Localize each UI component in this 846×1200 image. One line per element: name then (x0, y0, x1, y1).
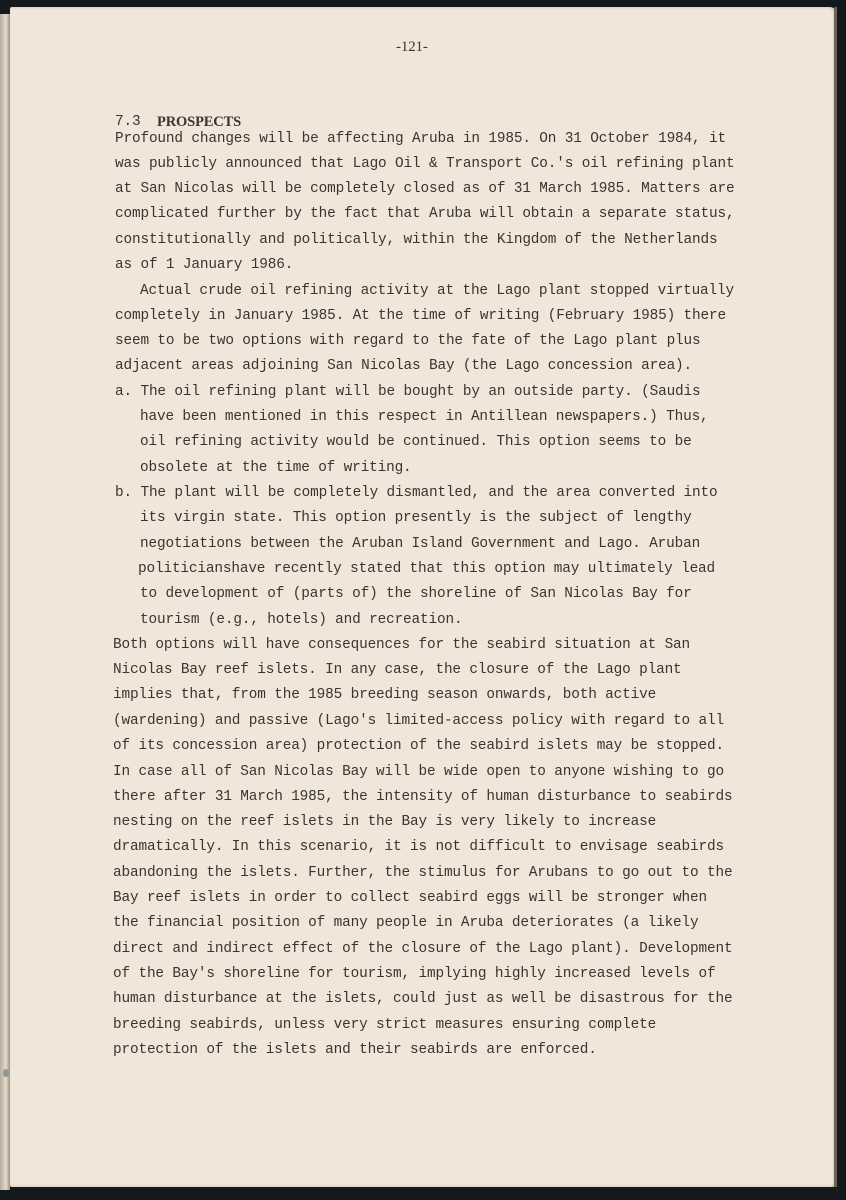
page-text: -121- 7.3 PROSPECTS Profound changes wil… (0, 0, 846, 1200)
text-line: its virgin state. This option presently … (140, 509, 692, 527)
text-line: adjacent areas adjoining San Nicolas Bay… (115, 357, 692, 375)
page-number: -121- (396, 38, 428, 56)
text-line: Bay reef islets in order to collect seab… (113, 889, 707, 907)
text-line: Profound changes will be affecting Aruba… (115, 130, 726, 148)
text-line: of the Bay's shoreline for tourism, impl… (113, 965, 716, 983)
text-line: was publicly announced that Lago Oil & T… (115, 155, 734, 173)
text-line: dramatically. In this scenario, it is no… (113, 838, 724, 856)
text-line: constitutionally and politically, within… (115, 231, 718, 249)
text-line: Both options will have consequences for … (113, 636, 690, 654)
text-line: completely in January 1985. At the time … (115, 307, 726, 325)
text-line: politicianshave recently stated that thi… (138, 560, 715, 578)
text-line: of its concession area) protection of th… (113, 737, 724, 755)
text-line: there after 31 March 1985, the intensity… (113, 788, 732, 806)
text-line: at San Nicolas will be completely closed… (115, 180, 734, 198)
section-title: PROSPECTS (157, 113, 241, 131)
text-line: the financial position of many people in… (113, 914, 699, 932)
text-line: (wardening) and passive (Lago's limited-… (113, 712, 724, 730)
text-line: Nicolas Bay reef islets. In any case, th… (113, 661, 682, 679)
text-line: Actual crude oil refining activity at th… (140, 282, 734, 300)
text-line: human disturbance at the islets, could j… (113, 990, 732, 1008)
text-line: have been mentioned in this respect in A… (140, 408, 709, 426)
text-line: implies that, from the 1985 breeding sea… (113, 686, 656, 704)
text-line: oil refining activity would be continued… (140, 433, 692, 451)
text-line: nesting on the reef islets in the Bay is… (113, 813, 656, 831)
text-line: breeding seabirds, unless very strict me… (113, 1016, 656, 1034)
text-line: abandoning the islets. Further, the stim… (113, 864, 732, 882)
text-line: direct and indirect effect of the closur… (113, 940, 732, 958)
section-number: 7.3 (115, 113, 140, 131)
text-line: obsolete at the time of writing. (140, 459, 412, 477)
text-line: In case all of San Nicolas Bay will be w… (113, 763, 724, 781)
text-line: as of 1 January 1986. (115, 256, 293, 274)
text-line: tourism (e.g., hotels) and recreation. (140, 611, 462, 629)
text-line: a. The oil refining plant will be bought… (115, 383, 701, 401)
text-line: negotiations between the Aruban Island G… (140, 535, 700, 553)
text-line: to development of (parts of) the shoreli… (140, 585, 692, 603)
text-line: complicated further by the fact that Aru… (115, 205, 734, 223)
text-line: protection of the islets and their seabi… (113, 1041, 597, 1059)
text-line: seem to be two options with regard to th… (115, 332, 701, 350)
text-line: b. The plant will be completely dismantl… (115, 484, 718, 502)
